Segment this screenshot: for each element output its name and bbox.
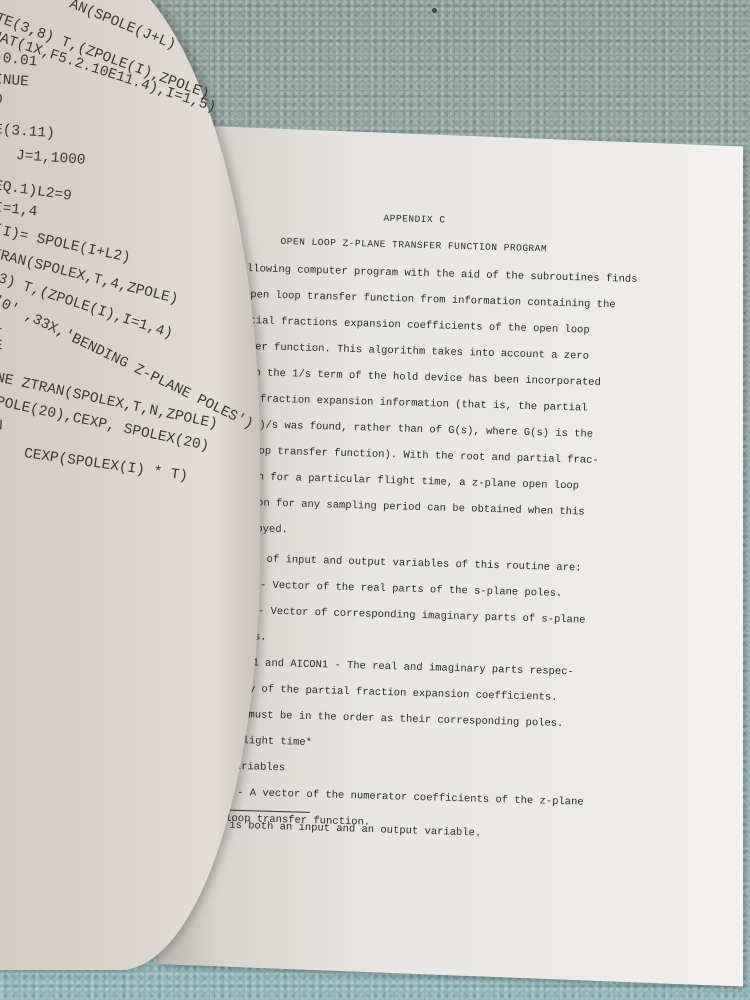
definition-text: RECON1 and AICON1 - The real and imagina…: [221, 656, 574, 678]
definition-text: REXD - Vector of the real parts of the s…: [228, 579, 562, 600]
code-line: INUE: [0, 72, 29, 90]
definition-text: ANUMR - A vector of the numerator coeffi…: [199, 786, 584, 809]
definition-text: AEXD - Vector of corresponding imaginary…: [226, 605, 585, 627]
background-speck: [432, 8, 437, 13]
